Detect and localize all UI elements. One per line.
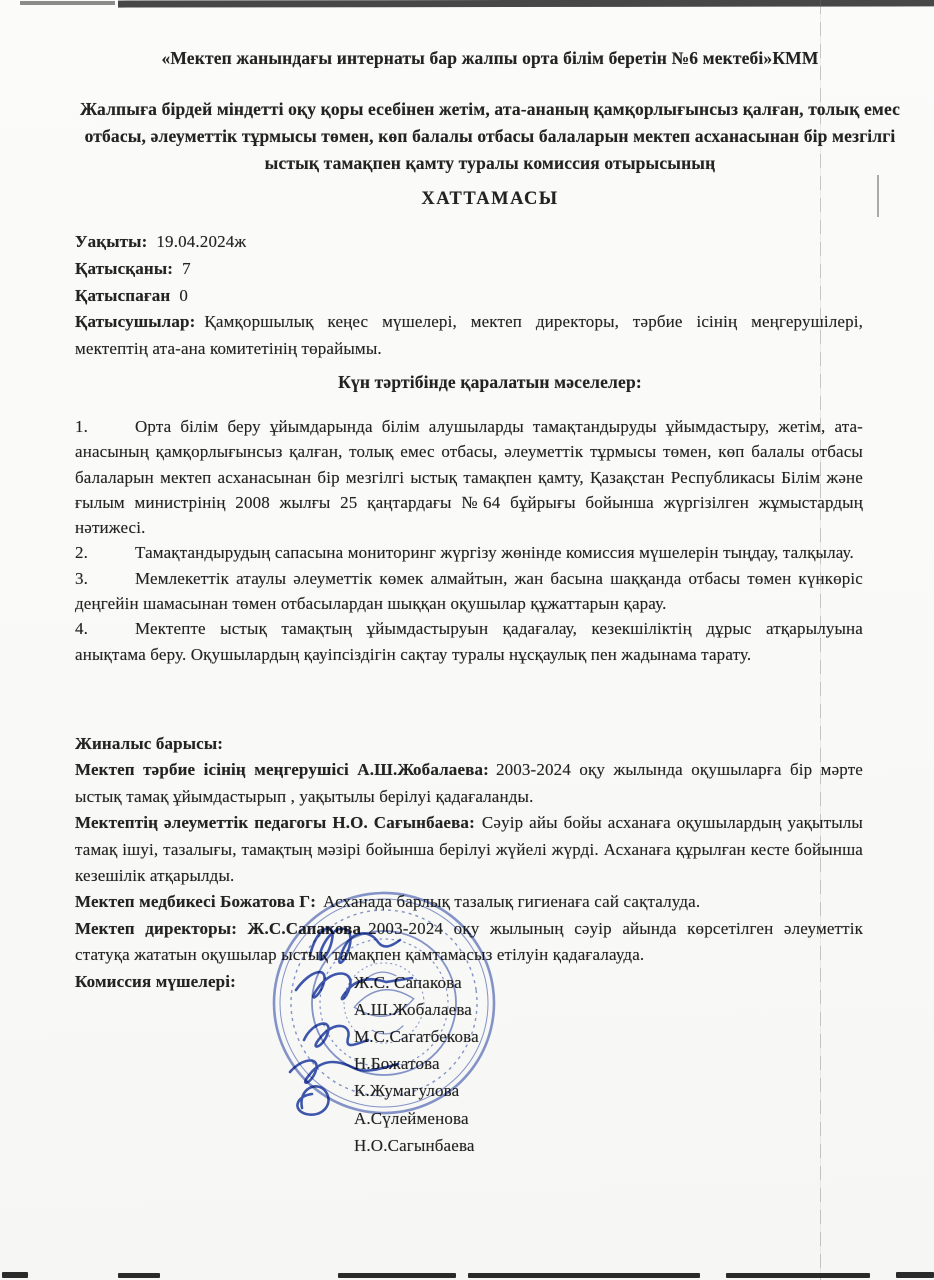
scan-edge-artifact-bottom <box>118 1273 160 1278</box>
agenda-item-text: Мемлекеттік атаулы әлеуметтік көмек алма… <box>75 569 863 613</box>
agenda-item-text: Орта білім беру ұйымдарында білім алушыл… <box>75 417 863 537</box>
absent-label: Қатыспаған <box>75 286 170 305</box>
scan-edge-artifact-bottom <box>338 1273 456 1278</box>
attended-value: 7 <box>182 259 191 278</box>
agenda-item-number: 3. <box>75 566 135 591</box>
agenda-item: 3.Мемлекеттік атаулы әлеуметтік көмек ал… <box>75 566 863 617</box>
agenda-item: 1.Орта білім беру ұйымдарында білім алуш… <box>75 414 863 540</box>
participants-label: Қатысушылар: <box>75 312 195 331</box>
agenda-item-text: Тамақтандырудың сапасына мониторинг жүрг… <box>135 543 854 562</box>
speaker-name: Мектеп тәрбие ісінің меңгерушісі А.Ш.Жоб… <box>75 760 489 779</box>
meta-time-row: Уақыты:19.04.2024ж <box>75 229 863 256</box>
scanned-protocol-page: «Мектеп жанындағы интернаты бар жалпы ор… <box>0 0 934 1280</box>
minutes-entry: Мектеп тәрбие ісінің меңгерушісі А.Ш.Жоб… <box>75 757 863 810</box>
meeting-meta: Уақыты:19.04.2024ж Қатысқаны:7 Қатыспаға… <box>75 229 863 363</box>
document-title: «Мектеп жанындағы интернаты бар жалпы ор… <box>95 46 885 70</box>
agenda-heading: Күн тәртібінде қаралатын мәселелер: <box>95 372 885 393</box>
minutes-heading: Жиналыс барысы: <box>75 731 863 757</box>
agenda-item-number: 2. <box>75 540 135 565</box>
minutes-entry: Мектептің әлеуметтік педагогы Н.О. Сағын… <box>75 810 863 889</box>
absent-value: 0 <box>179 286 188 305</box>
signatures-ink <box>262 912 592 1127</box>
scan-edge-artifact-top <box>118 0 934 8</box>
commission-label: Комиссия мүшелері: <box>75 969 236 995</box>
agenda-item-text: Мектепте ыстық тамақтың ұйымдастыруын қа… <box>75 619 863 663</box>
scan-edge-artifact-bottom <box>468 1273 700 1278</box>
attended-label: Қатысқаны: <box>75 259 173 278</box>
scan-edge-artifact-bottom <box>726 1273 870 1278</box>
agenda-item-number: 1. <box>75 414 135 439</box>
meta-attended-row: Қатысқаны:7 <box>75 256 863 283</box>
time-label: Уақыты: <box>75 232 147 251</box>
document-type-heading: ХАТТАМАСЫ <box>95 189 885 210</box>
time-value: 19.04.2024ж <box>156 232 246 251</box>
scan-edge-artifact-bottom <box>2 1272 28 1278</box>
scan-edge-artifact-top-left <box>20 1 115 5</box>
speaker-name: Мектептің әлеуметтік педагогы Н.О. Сағын… <box>75 813 475 832</box>
agenda-item-number: 4. <box>75 616 135 641</box>
agenda-item: 2.Тамақтандырудың сапасына мониторинг жү… <box>75 540 863 565</box>
commission-member: Н.О.Сагынбаева <box>354 1132 479 1159</box>
meta-absent-row: Қатыспаған0 <box>75 283 863 310</box>
scan-edge-artifact-bottom <box>896 1272 934 1278</box>
agenda-item: 4.Мектепте ыстық тамақтың ұйымдастыруын … <box>75 616 863 667</box>
agenda-list: 1.Орта білім беру ұйымдарында білім алуш… <box>75 414 863 667</box>
document-subtitle: Жалпыға бірдей міндетті оқу қоры есебіне… <box>62 96 918 177</box>
meta-participants-row: Қатысушылар:Қамқоршылық кеңес мүшелері, … <box>75 309 863 363</box>
